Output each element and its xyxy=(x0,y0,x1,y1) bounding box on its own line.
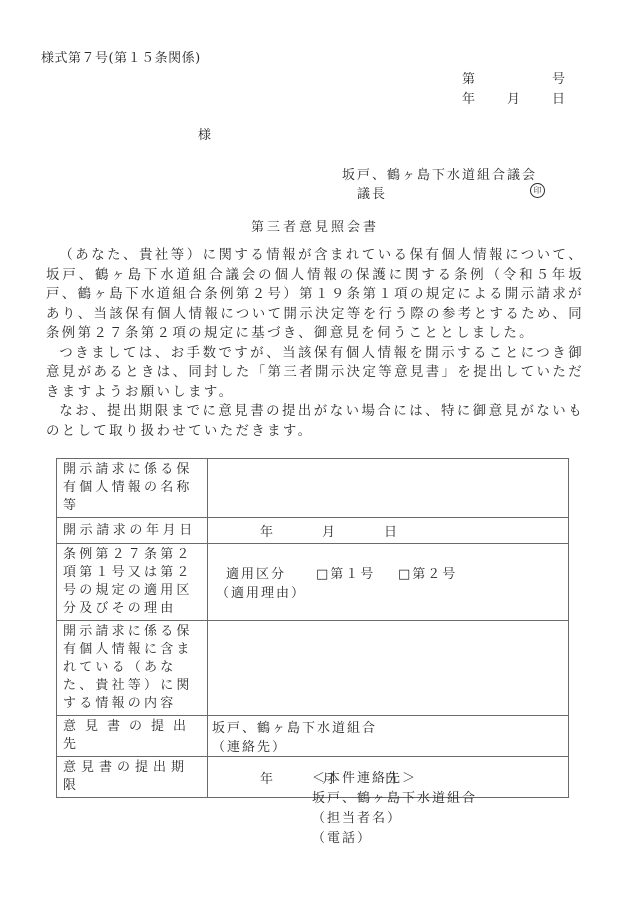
table-row: 意見書の提出先 坂戸、鶴ヶ島下水道組合 （連絡先） xyxy=(57,716,569,757)
date-year: 年 xyxy=(260,521,322,540)
option-item-1-checkbox[interactable]: □第１号 xyxy=(316,563,398,582)
form-number: 様式第７号(第１５条関係) xyxy=(41,47,201,66)
body-paragraph: （あなた、貴社等）に関する情報が含まれている保有個人情報について、坂戸、鶴ヶ島下… xyxy=(46,246,584,344)
info-table: 開示請求に係る保有個人情報の名称等 開示請求の年月日 年 月 日 条例第２７条第… xyxy=(56,458,569,798)
issuer-title-line: 議長 印 xyxy=(357,183,545,202)
label-submission-deadline: 意見書の提出期限 xyxy=(57,757,208,798)
label-submission-recipient: 意見書の提出先 xyxy=(57,716,208,757)
seal-icon: 印 xyxy=(530,183,545,198)
value-submission-recipient: 坂戸、鶴ヶ島下水道組合 （連絡先） xyxy=(208,716,569,757)
contact-organization: 坂戸、鶴ヶ島下水道組合 xyxy=(312,789,477,809)
table-row: 開示請求に係る保有個人情報に含まれている（あなた、貴社等）に関する情報の内容 xyxy=(57,621,569,716)
label-text: 開示請求の年月日 xyxy=(63,522,203,540)
label-request-date: 開示請求の年月日 xyxy=(57,518,208,544)
document-title: 第三者意見照会書 xyxy=(0,216,630,235)
doc-number-prefix: 第 xyxy=(462,68,476,87)
table-row: 開示請求の年月日 年 月 日 xyxy=(57,518,569,544)
label-applicable-category: 条例第２７条第２項第１号又は第２号の規定の適用区分及びその理由 xyxy=(57,544,208,621)
date-year: 年 xyxy=(462,88,476,107)
table-row: 開示請求に係る保有個人情報の名称等 xyxy=(57,459,569,518)
label-info-content: 開示請求に係る保有個人情報に含まれている（あなた、貴社等）に関する情報の内容 xyxy=(57,621,208,716)
recipient-organization: 坂戸、鶴ヶ島下水道組合 xyxy=(212,717,564,736)
value-requested-info-name[interactable] xyxy=(208,459,569,518)
document-number: 第 号 xyxy=(462,68,566,87)
addressee-honorific: 様 xyxy=(198,124,212,143)
contact-person-label: （担当者名） xyxy=(312,809,477,829)
category-label: 適用区分 xyxy=(226,563,316,582)
date-month: 月 xyxy=(322,521,384,540)
value-applicable-category: 適用区分 □第１号 □第２号 （適用理由） xyxy=(208,544,569,621)
body-text: （あなた、貴社等）に関する情報が含まれている保有個人情報について、坂戸、鶴ヶ島下… xyxy=(46,246,584,441)
contact-heading: ＜本件連絡先＞ xyxy=(312,769,477,789)
option-item-2-checkbox[interactable]: □第２号 xyxy=(398,563,457,582)
value-info-content[interactable] xyxy=(208,621,569,716)
issuer-title: 議長 xyxy=(357,183,387,202)
label-requested-info-name: 開示請求に係る保有個人情報の名称等 xyxy=(57,459,208,518)
contact-block: ＜本件連絡先＞ 坂戸、鶴ヶ島下水道組合 （担当者名） （電話） xyxy=(312,769,477,849)
table-row: 条例第２７条第２項第１号又は第２号の規定の適用区分及びその理由 適用区分 □第１… xyxy=(57,544,569,621)
contact-phone-label: （電話） xyxy=(312,829,477,849)
issuer-organization: 坂戸、鶴ヶ島下水道組合議会 xyxy=(342,164,537,183)
doc-number-suffix: 号 xyxy=(552,68,566,87)
date-month: 月 xyxy=(507,88,521,107)
body-paragraph: なお、提出期限までに意見書の提出がない場合には、特に御意見がないものとして取り扱… xyxy=(46,402,584,441)
value-request-date[interactable]: 年 月 日 xyxy=(208,518,569,544)
date-day: 日 xyxy=(552,88,566,107)
reason-label: （適用理由） xyxy=(212,582,564,601)
body-paragraph: つきましては、お手数ですが、当該保有個人情報を開示することにつき御意見があるとき… xyxy=(46,344,584,403)
category-line: 適用区分 □第１号 □第２号 xyxy=(212,563,564,582)
recipient-contact-label: （連絡先） xyxy=(212,736,564,755)
document-date: 年 月 日 xyxy=(462,88,566,107)
date-day: 日 xyxy=(384,521,446,540)
